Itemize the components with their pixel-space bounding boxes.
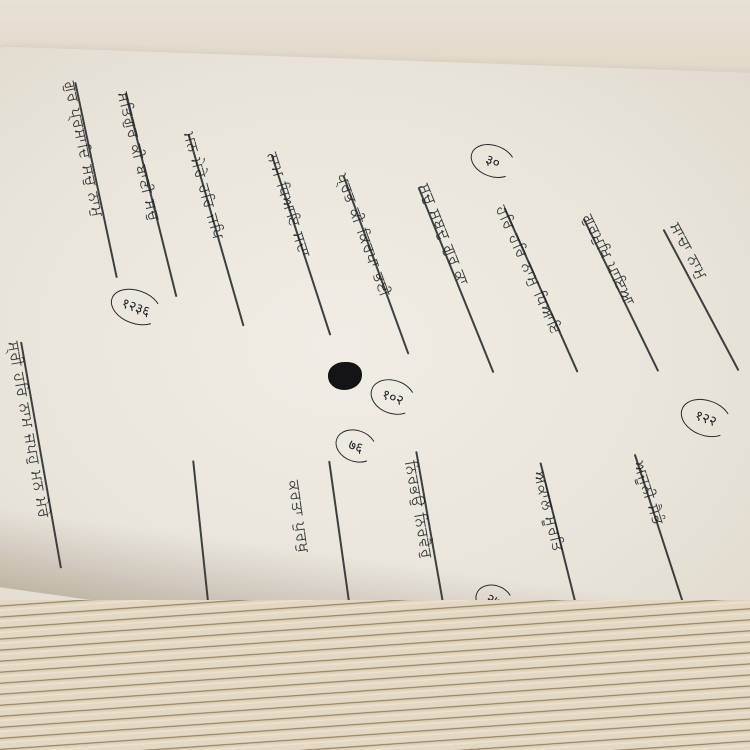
page-stack-edges <box>0 600 750 750</box>
manuscript-photo: ਸ੍ਰੀ ਹਰਿ ਨਾਮ ਜਪਹੁ ਮਨ ਮੇਰੇ ਗੁਰ ਪ੍ਰਸਾਦਿ ਸਚ… <box>0 0 750 750</box>
